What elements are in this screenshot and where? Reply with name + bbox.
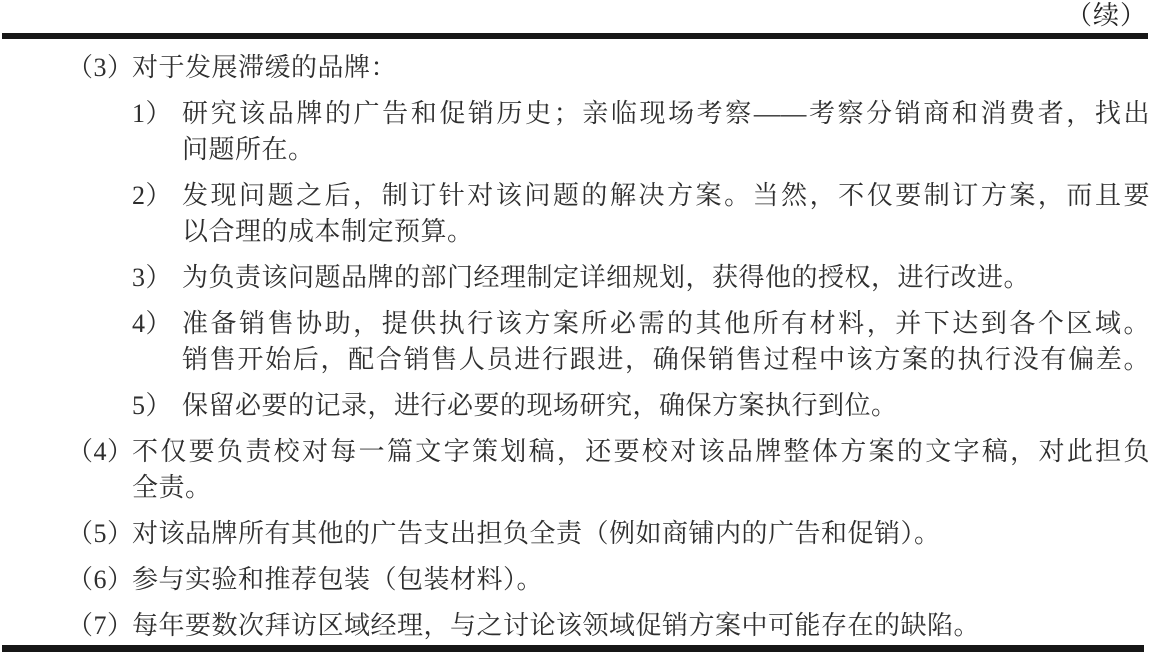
sub-list-item-4: 4） 准备销售协助，提供执行该方案所必需的其他所有材料，并下达到各个区域。 销售…	[132, 306, 1150, 378]
list-item-3: （3） 对于发展滞缓的品牌： 1） 研究该品牌的广告和促销历史；亲临现场考察——…	[67, 50, 1150, 424]
text-line: 准备销售协助，提供执行该方案所必需的其他所有材料，并下达到各个区域。	[182, 306, 1150, 342]
text-line: 为负责该问题品牌的部门经理制定详细规划，获得他的授权，进行改进。	[182, 260, 1150, 296]
sub-list-item-3: 3） 为负责该问题品牌的部门经理制定详细规划，获得他的授权，进行改进。	[132, 260, 1150, 296]
list-item-body: 对该品牌所有其他的广告支出担负全责（例如商铺内的广告和促销）。	[132, 516, 1150, 552]
text-line: 研究该品牌的广告和促销历史；亲临现场考察——考察分销商和消费者，找出	[182, 96, 1150, 132]
list-item-body: 每年要数次拜访区域经理，与之讨论该领域促销方案中可能存在的缺陷。	[132, 608, 1150, 644]
sub-item-marker: 5）	[132, 388, 182, 424]
text-line: 不仅要负责校对每一篇文字策划稿，还要校对该品牌整体方案的文字稿，对此担负	[132, 434, 1150, 470]
text-line: 参与实验和推荐包装（包装材料）。	[132, 562, 1150, 598]
list-item-marker: （7）	[67, 608, 132, 644]
sub-item-marker: 1）	[132, 96, 182, 132]
list-item-body: 不仅要负责校对每一篇文字策划稿，还要校对该品牌整体方案的文字稿，对此担负 全责。	[132, 434, 1150, 506]
list-item-marker: （4）	[67, 434, 132, 470]
text-line: 销售开始后，配合销售人员进行跟进，确保销售过程中该方案的执行没有偏差。	[182, 342, 1150, 378]
list-item-4: （4） 不仅要负责校对每一篇文字策划稿，还要校对该品牌整体方案的文字稿，对此担负…	[67, 434, 1150, 506]
sub-item-body: 准备销售协助，提供执行该方案所必需的其他所有材料，并下达到各个区域。 销售开始后…	[182, 306, 1150, 378]
sub-list-item-2: 2） 发现问题之后，制订针对该问题的解决方案。当然，不仅要制订方案，而且要 以合…	[132, 178, 1150, 250]
sub-item-body: 保留必要的记录，进行必要的现场研究，确保方案执行到位。	[182, 388, 1150, 424]
text-line: 全责。	[132, 470, 1150, 506]
text-line: 发现问题之后，制订针对该问题的解决方案。当然，不仅要制订方案，而且要	[182, 178, 1150, 214]
list-item-6: （6） 参与实验和推荐包装（包装材料）。	[67, 562, 1150, 598]
list-item-marker: （6）	[67, 562, 132, 598]
sub-item-body: 研究该品牌的广告和促销历史；亲临现场考察——考察分销商和消费者，找出 问题所在。	[182, 96, 1150, 168]
sub-item-body: 发现问题之后，制订针对该问题的解决方案。当然，不仅要制订方案，而且要 以合理的成…	[182, 178, 1150, 250]
list-item-5: （5） 对该品牌所有其他的广告支出担负全责（例如商铺内的广告和促销）。	[67, 516, 1150, 552]
bottom-rule	[2, 645, 1144, 652]
continued-marker: （续）	[1066, 1, 1147, 31]
text-line: 对该品牌所有其他的广告支出担负全责（例如商铺内的广告和促销）。	[132, 516, 1150, 552]
list-item-marker: （5）	[67, 516, 132, 552]
sub-list-item-5: 5） 保留必要的记录，进行必要的现场研究，确保方案执行到位。	[132, 388, 1150, 424]
text-line: 每年要数次拜访区域经理，与之讨论该领域促销方案中可能存在的缺陷。	[132, 608, 1150, 644]
list-item-body: 对于发展滞缓的品牌： 1） 研究该品牌的广告和促销历史；亲临现场考察——考察分销…	[132, 50, 1150, 424]
text-line: 以合理的成本制定预算。	[182, 214, 1150, 250]
text-line: 对于发展滞缓的品牌：	[132, 50, 1150, 86]
sub-item-marker: 4）	[132, 306, 182, 342]
sub-item-marker: 2）	[132, 178, 182, 214]
list-item-marker: （3）	[67, 50, 132, 86]
document-body: （3） 对于发展滞缓的品牌： 1） 研究该品牌的广告和促销历史；亲临现场考察——…	[67, 50, 1150, 654]
list-item-body: 参与实验和推荐包装（包装材料）。	[132, 562, 1150, 598]
top-rule	[2, 33, 1148, 39]
text-line: 保留必要的记录，进行必要的现场研究，确保方案执行到位。	[182, 388, 1150, 424]
sub-list-item-1: 1） 研究该品牌的广告和促销历史；亲临现场考察——考察分销商和消费者，找出 问题…	[132, 96, 1150, 168]
text-line: 问题所在。	[182, 132, 1150, 168]
sub-item-marker: 3）	[132, 260, 182, 296]
list-item-7: （7） 每年要数次拜访区域经理，与之讨论该领域促销方案中可能存在的缺陷。	[67, 608, 1150, 644]
sub-item-body: 为负责该问题品牌的部门经理制定详细规划，获得他的授权，进行改进。	[182, 260, 1150, 296]
